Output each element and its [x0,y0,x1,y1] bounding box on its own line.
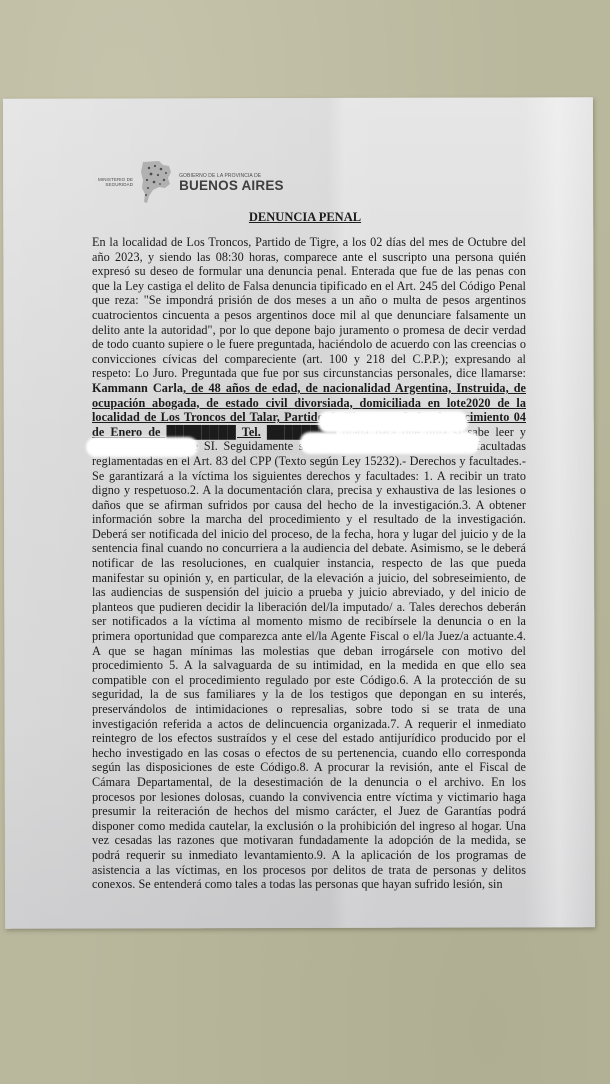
redaction-mark [86,437,198,457]
redaction-mark [318,411,468,433]
province-name: BUENOS AIRES [179,179,284,192]
ministry-label: MINISTERIO DE SEGURIDAD [98,177,133,187]
government-label: GOBIERNO DE LA PROVINCIA DE BUENOS AIRES [179,173,284,192]
letterhead: MINISTERIO DE SEGURIDAD GOBIERNO DE LA P… [98,160,284,204]
redaction-mark [300,432,480,454]
document-title: DENUNCIA PENAL [0,210,610,225]
complainant-name: Kammann Carla [92,381,183,395]
document-body: En la localidad de Los Troncos, Partido … [92,235,526,892]
document-paragraph: En la localidad de Los Troncos, Partido … [92,235,526,892]
intro-text: En la localidad de Los Troncos, Partido … [92,235,526,380]
ministry-line-2: SEGURIDAD [98,182,133,187]
buenos-aires-province-map-icon [139,160,173,204]
rights-text: Seguidamente se le hacen saber los derec… [92,439,526,891]
